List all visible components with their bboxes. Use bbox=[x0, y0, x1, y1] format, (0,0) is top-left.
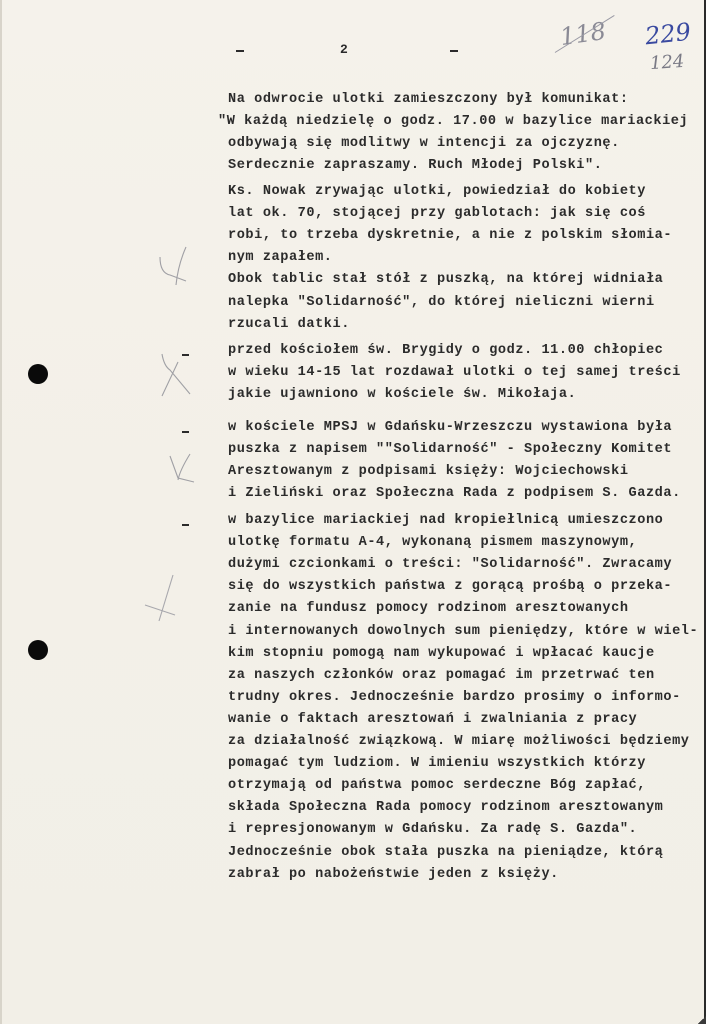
bullet-dash-marker bbox=[182, 354, 189, 356]
bullet-item-line: przed kościołem św. Brygidy o godz. 11.0… bbox=[228, 343, 663, 358]
bullet-item-line: Aresztowanym z podpisami księży: Wojciec… bbox=[228, 464, 629, 479]
header-dash-left bbox=[236, 50, 244, 52]
bullet-item-line: zabrał po nabożeństwie jeden z księży. bbox=[228, 867, 559, 882]
bullet-item-line: zanie na fundusz pomocy rodzinom areszto… bbox=[228, 601, 629, 616]
bullet-item-line: ulotkę formatu A-4, wykonaną pismem masz… bbox=[228, 535, 637, 550]
paragraph-line: nym zapałem. bbox=[228, 250, 333, 265]
pencil-cross-mark-icon bbox=[145, 575, 175, 615]
bullet-item-line: się do wszystkich państwa z gorącą prośb… bbox=[228, 579, 672, 594]
bullet-dash-marker bbox=[182, 524, 189, 526]
pencil-check-mark-icon bbox=[168, 452, 198, 492]
paragraph-line: Serdecznie zapraszamy. Ruch Młodej Polsk… bbox=[228, 158, 602, 173]
bullet-item-line: za działalność związkową. W miarę możliw… bbox=[228, 734, 690, 749]
bullet-item-line: jakie ujawniono w kościele św. Mikołaja. bbox=[228, 387, 576, 402]
bullet-item-line: i represjonowanym w Gdańsku. Za radę S. … bbox=[228, 822, 637, 837]
bullet-item-line: Jednocześnie obok stała puszka na pienią… bbox=[228, 845, 663, 860]
paragraph-line: Ks. Nowak zrywając ulotki, powiedział do… bbox=[228, 184, 646, 199]
pencil-cross-mark-icon bbox=[158, 352, 188, 392]
paragraph-line: lat ok. 70, stojącej przy gablotach: jak… bbox=[228, 206, 646, 221]
header-dash-right bbox=[450, 50, 458, 52]
paragraph-line: Obok tablic stał stół z puszką, na które… bbox=[228, 272, 663, 287]
page-left-edge bbox=[0, 0, 2, 1024]
bullet-dash-marker bbox=[182, 431, 189, 433]
bullet-item-line: puszka z napisem ""Solidarność" - Społec… bbox=[228, 442, 672, 457]
bullet-item-line: i internowanych dowolnych sum pieniędzy,… bbox=[228, 624, 698, 639]
bullet-item-line: w bazylice mariackiej nad kropiełlnicą u… bbox=[228, 513, 663, 528]
bullet-item-line: dużymi czcionkami o treści: "Solidarność… bbox=[228, 557, 672, 572]
bullet-item-line: kim stopniu pomogą nam wykupować i wpłac… bbox=[228, 646, 655, 661]
punch-hole-bottom bbox=[28, 640, 48, 660]
paragraph-line: odbywają się modlitwy w intencji za ojcz… bbox=[228, 136, 620, 151]
bullet-item-line: w wieku 14-15 lat rozdawał ulotki o tej … bbox=[228, 365, 681, 380]
paragraph-line: robi, to trzeba dyskretnie, a nie z pols… bbox=[228, 228, 672, 243]
punch-hole-top bbox=[28, 364, 48, 384]
paragraph-line: rzucali datki. bbox=[228, 317, 350, 332]
paragraph-line: nalepka "Solidarność", do której nielicz… bbox=[228, 295, 655, 310]
bullet-item-line: wanie o faktach aresztowań i zwalniania … bbox=[228, 712, 637, 727]
pencil-check-mark-icon bbox=[158, 245, 188, 285]
secondary-number-annotation: 124 bbox=[649, 51, 685, 74]
bullet-item-line: i Zieliński oraz Społeczna Rada z podpis… bbox=[228, 486, 681, 501]
archive-number-annotation: 229 bbox=[644, 18, 692, 51]
page-corner bbox=[698, 1016, 706, 1024]
document-page: 2 118 229 124 Na odwrocie ulotki zamiesz… bbox=[0, 0, 706, 1024]
paragraph-line: "W każdą niedzielę o godz. 17.00 w bazyl… bbox=[218, 114, 688, 129]
bullet-item-line: w kościele MPSJ w Gdańsku-Wrzeszczu wyst… bbox=[228, 420, 672, 435]
bullet-item-line: za naszych członków oraz pomagać im prze… bbox=[228, 668, 655, 683]
bullet-item-line: pomagać tym ludziom. W imieniu wszystkic… bbox=[228, 756, 646, 771]
bullet-item-line: składa Społeczna Rada pomocy rodzinom ar… bbox=[228, 800, 663, 815]
paragraph-line: Na odwrocie ulotki zamieszczony był komu… bbox=[228, 92, 629, 107]
bullet-item-line: otrzymają od państwa pomoc serdeczne Bóg… bbox=[228, 778, 646, 793]
bullet-item-line: trudny okres. Jednocześnie bardzo prosim… bbox=[228, 690, 681, 705]
page-number: 2 bbox=[340, 42, 348, 57]
